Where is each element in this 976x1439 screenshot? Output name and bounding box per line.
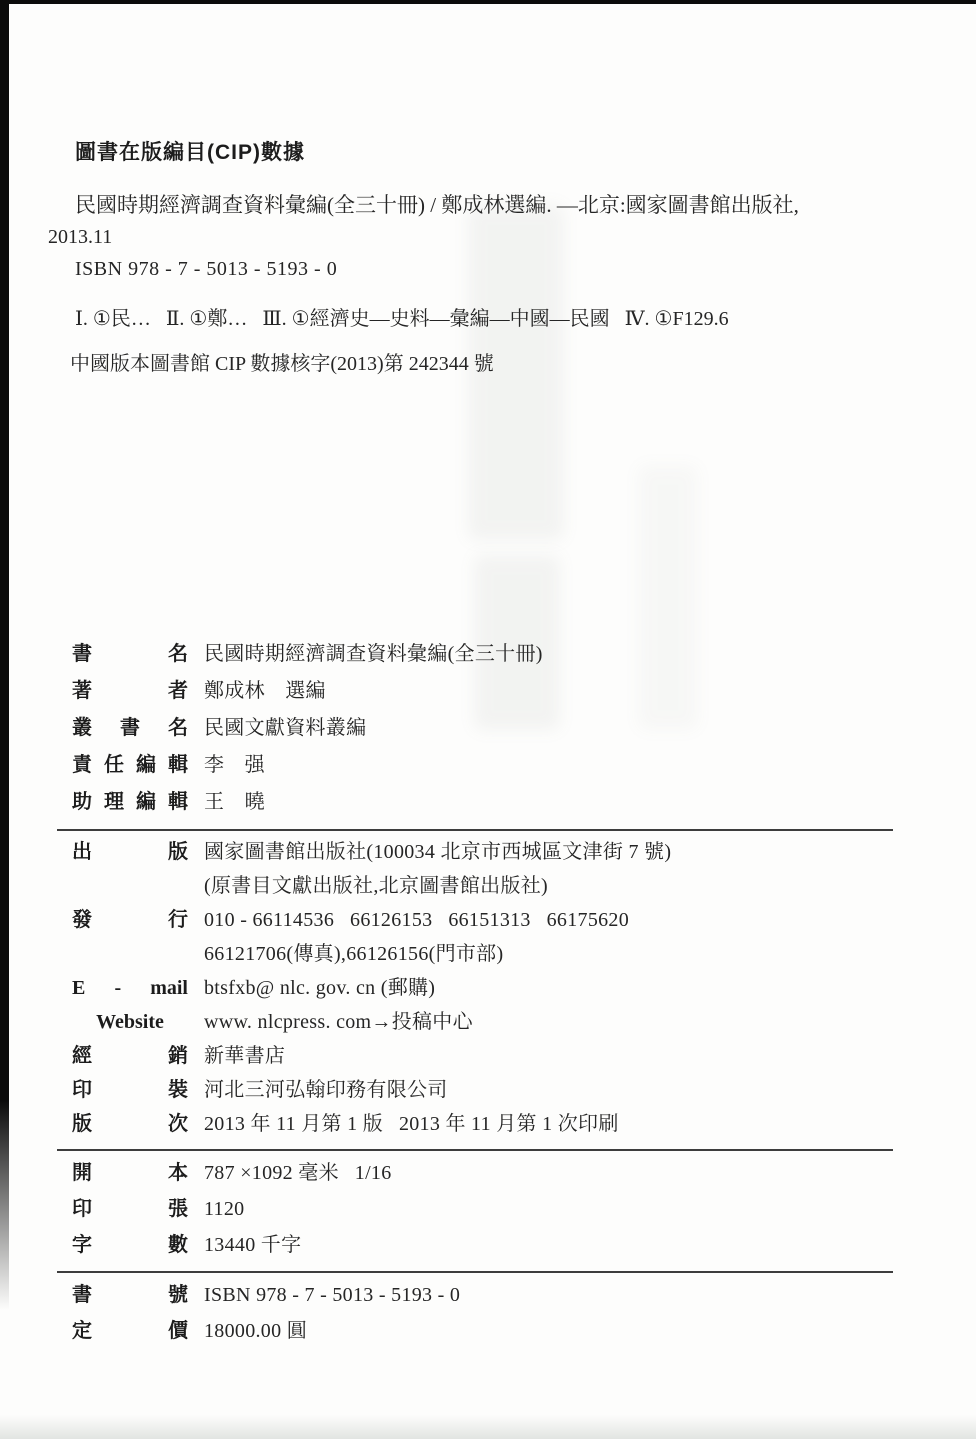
- row-label: 書 名: [72, 636, 188, 673]
- row-value: www. nlcpress. com→投稿中心: [204, 1005, 473, 1039]
- row-label: 印 裝: [72, 1073, 188, 1107]
- colophon-row-format: 開 本 787 ×1092 毫米 1/16: [72, 1155, 948, 1191]
- row-label: Website: [72, 1005, 188, 1039]
- colophon-row-distribution-phones: 發 行 010 - 66114536 66126153 66151313 661…: [72, 903, 948, 937]
- row-value: 李 强: [204, 747, 265, 784]
- row-value: 13440 千字: [204, 1227, 301, 1263]
- colophon-row-series-title: 叢 書 名 民國文獻資料叢編: [72, 710, 948, 747]
- row-value: 66121706(傳真),66126156(門市部): [204, 937, 503, 971]
- row-label: 出 版: [72, 835, 188, 869]
- row-label: 版 次: [72, 1107, 188, 1141]
- cip-classification-line: Ⅰ. ①民… Ⅱ. ①鄭… Ⅲ. ①經濟史—史料—彙編—中國—民國 Ⅳ. ①F1…: [75, 304, 948, 334]
- row-value: 787 ×1092 毫米 1/16: [204, 1155, 392, 1191]
- colophon-section-format: 開 本 787 ×1092 毫米 1/16 印 張 1120 字 數 13440…: [48, 1155, 948, 1263]
- row-value: 010 - 66114536 66126153 66151313 6617562…: [204, 903, 629, 937]
- cip-year-line: 2013.11: [48, 220, 948, 254]
- colophon-row-isbn: 書 號 ISBN 978 - 7 - 5013 - 5193 - 0: [72, 1277, 948, 1313]
- scan-shadow-bottom: [0, 1415, 976, 1439]
- scan-edge-left: [0, 0, 9, 1310]
- colophon-row-distributor: 經 銷 新華書店: [72, 1039, 948, 1073]
- colophon-row-book-title: 書 名 民國時期經濟調查資料彙編(全三十冊): [72, 636, 948, 673]
- row-label: 字 數: [72, 1227, 188, 1263]
- colophon: 書 名 民國時期經濟調查資料彙編(全三十冊) 著 者 鄭成林 選編 叢 書 名 …: [48, 636, 948, 1349]
- row-label: 開 本: [72, 1155, 188, 1191]
- copyright-page: 圖書在版編目(CIP)數據 民國時期經濟調查資料彙編(全三十冊) / 鄭成林選編…: [48, 140, 948, 1349]
- row-value: 國家圖書館出版社(100034 北京市西城區文津街 7 號): [204, 835, 671, 869]
- colophon-row-printed-sheets: 印 張 1120: [72, 1191, 948, 1227]
- colophon-section-publishing: 出 版 國家圖書館出版社(100034 北京市西城區文津街 7 號) (原書目文…: [48, 835, 948, 1141]
- row-value: 新華書店: [204, 1039, 285, 1073]
- colophon-row-website: Website www. nlcpress. com→投稿中心: [72, 1005, 948, 1039]
- row-value: 18000.00 圓: [204, 1313, 307, 1349]
- colophon-row-edition: 版 次 2013 年 11 月第 1 版 2013 年 11 月第 1 次印刷: [72, 1107, 948, 1141]
- cip-isbn-line: ISBN 978 - 7 - 5013 - 5193 - 0: [75, 254, 948, 284]
- section-divider: [57, 1149, 893, 1151]
- colophon-row-assistant-editor: 助理編輯 王 曉: [72, 784, 948, 821]
- colophon-section-isbn-price: 書 號 ISBN 978 - 7 - 5013 - 5193 - 0 定 價 1…: [48, 1277, 948, 1349]
- row-value: 民國文獻資料叢編: [204, 710, 366, 747]
- colophon-row-word-count: 字 數 13440 千字: [72, 1227, 948, 1263]
- section-divider: [57, 829, 893, 831]
- colophon-row-price: 定 價 18000.00 圓: [72, 1313, 948, 1349]
- row-label: 責任編輯: [72, 747, 188, 784]
- row-value: (原書目文獻出版社,北京圖書館出版社): [204, 869, 548, 903]
- row-label: 助理編輯: [72, 784, 188, 821]
- row-label: 著 者: [72, 673, 188, 710]
- scan-edge-top: [0, 0, 976, 4]
- colophon-row-publisher: 出 版 國家圖書館出版社(100034 北京市西城區文津街 7 號): [72, 835, 948, 869]
- row-label: E - mail: [72, 971, 188, 1005]
- row-value: 1120: [204, 1191, 244, 1227]
- row-label: [72, 869, 188, 903]
- row-value: btsfxb@ nlc. gov. cn (郵購): [204, 971, 435, 1005]
- row-label: 發 行: [72, 903, 188, 937]
- row-value: ISBN 978 - 7 - 5013 - 5193 - 0: [204, 1277, 460, 1313]
- cip-header: 圖書在版編目(CIP)數據: [75, 140, 948, 166]
- colophon-row-printer: 印 裝 河北三河弘翰印務有限公司: [72, 1073, 948, 1107]
- colophon-row-author: 著 者 鄭成林 選編: [72, 673, 948, 710]
- row-label: 定 價: [72, 1313, 188, 1349]
- cip-record-number-line: 中國版本圖書館 CIP 數據核字(2013)第 242344 號: [70, 348, 948, 380]
- row-value: 鄭成林 選編: [204, 673, 326, 710]
- row-label: [72, 937, 188, 971]
- row-label: 書 號: [72, 1277, 188, 1313]
- row-label: 經 銷: [72, 1039, 188, 1073]
- colophon-row-distribution-phones-2: 66121706(傳真),66126156(門市部): [72, 937, 948, 971]
- colophon-row-email: E - mail btsfxb@ nlc. gov. cn (郵購): [72, 971, 948, 1005]
- row-value: 王 曉: [204, 784, 265, 821]
- section-divider: [57, 1271, 893, 1273]
- row-value: 河北三河弘翰印務有限公司: [204, 1073, 448, 1107]
- colophon-row-responsible-editor: 責任編輯 李 强: [72, 747, 948, 784]
- row-value: 2013 年 11 月第 1 版 2013 年 11 月第 1 次印刷: [204, 1107, 619, 1141]
- cip-title-line: 民國時期經濟調查資料彙編(全三十冊) / 鄭成林選編. —北京:國家圖書館出版社…: [75, 190, 948, 220]
- cip-data-block: 圖書在版編目(CIP)數據 民國時期經濟調查資料彙編(全三十冊) / 鄭成林選編…: [48, 140, 948, 380]
- row-value: 民國時期經濟調查資料彙編(全三十冊): [204, 636, 543, 673]
- row-label: 叢 書 名: [72, 710, 188, 747]
- row-label: 印 張: [72, 1191, 188, 1227]
- colophon-section-title: 書 名 民國時期經濟調查資料彙編(全三十冊) 著 者 鄭成林 選編 叢 書 名 …: [48, 636, 948, 821]
- colophon-row-publisher-note: (原書目文獻出版社,北京圖書館出版社): [72, 869, 948, 903]
